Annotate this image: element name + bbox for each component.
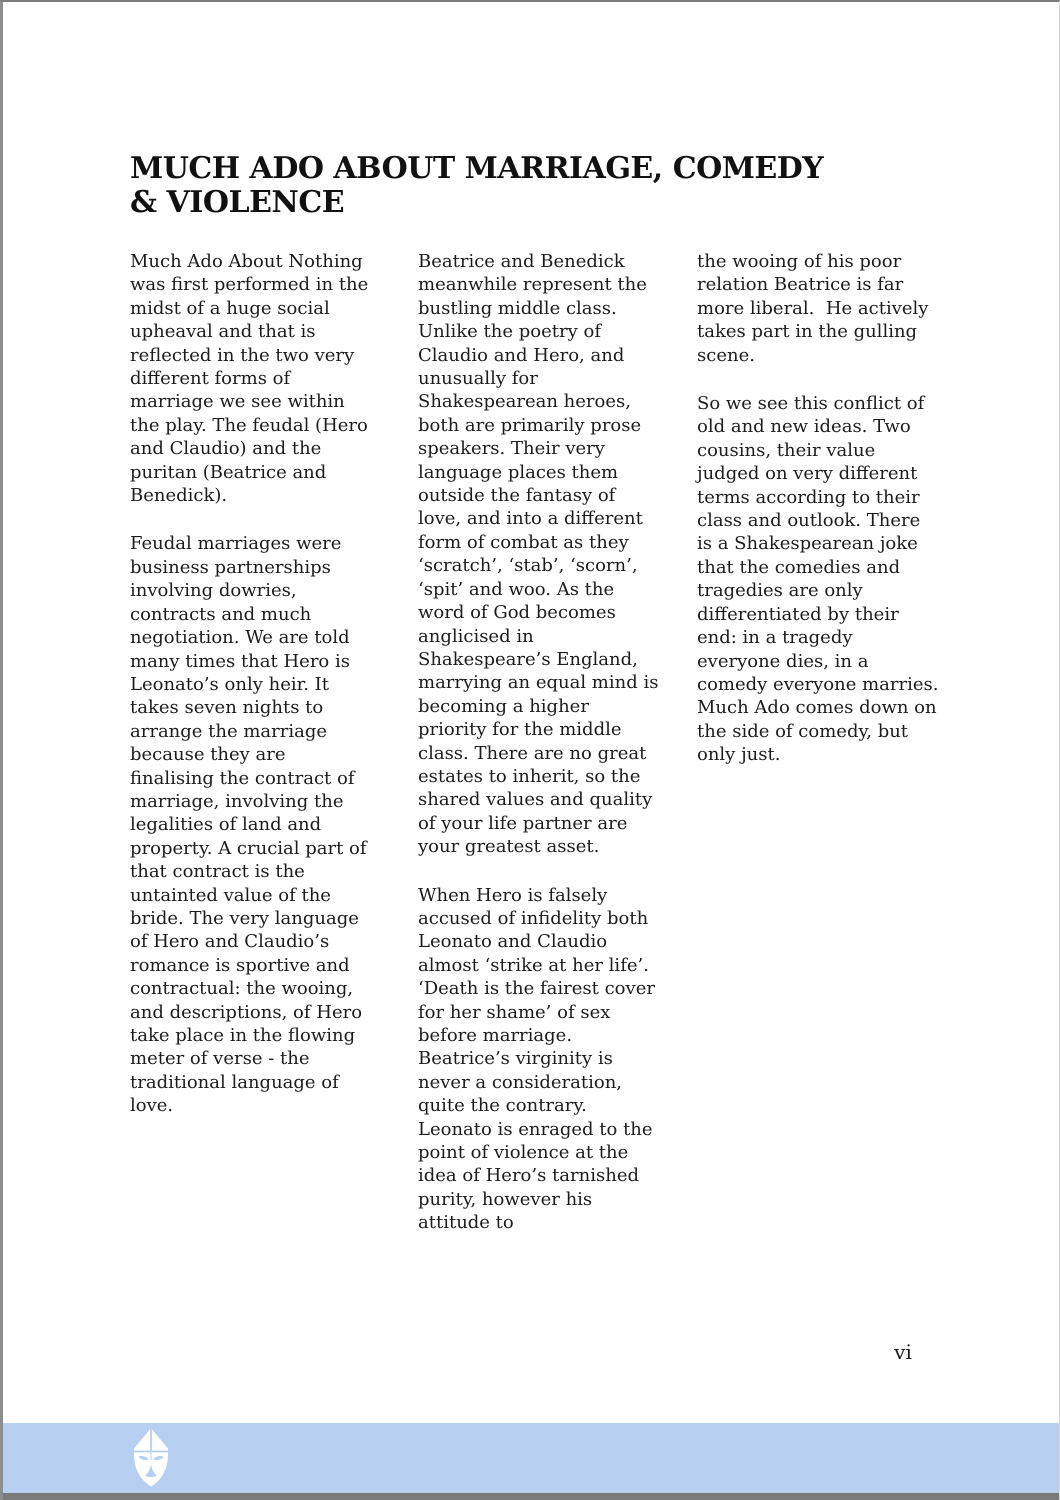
text-column-2: Beatrice and Benedick meanwhile represen… [418, 250, 660, 1260]
text-column-3: the wooing of his poor relation Beatrice… [697, 250, 939, 792]
page-bottom-edge [3, 1493, 1059, 1500]
text-column-1: Much Ado About Nothing was first perform… [130, 250, 372, 1143]
paragraph: Beatrice and Benedick meanwhile represen… [418, 250, 660, 859]
document-page: MUCH ADO ABOUT MARRIAGE, COMEDY & VIOLEN… [0, 0, 1060, 1500]
paragraph: So we see this conflict of old and new i… [697, 392, 939, 767]
page-title: MUCH ADO ABOUT MARRIAGE, COMEDY & VIOLEN… [130, 152, 830, 220]
paragraph: the wooing of his poor relation Beatrice… [697, 250, 939, 367]
page-title-line-2: & VIOLENCE [130, 185, 344, 220]
theater-mask-icon [129, 1426, 173, 1488]
footer-band [3, 1423, 1059, 1493]
page-title-line-1: MUCH ADO ABOUT MARRIAGE, COMEDY [130, 151, 823, 186]
paragraph: Feudal marriages were business partnersh… [130, 532, 372, 1117]
paragraph: When Hero is falsely accused of infideli… [418, 884, 660, 1235]
page-number: vi [873, 1340, 933, 1364]
paragraph: Much Ado About Nothing was first perform… [130, 250, 372, 507]
